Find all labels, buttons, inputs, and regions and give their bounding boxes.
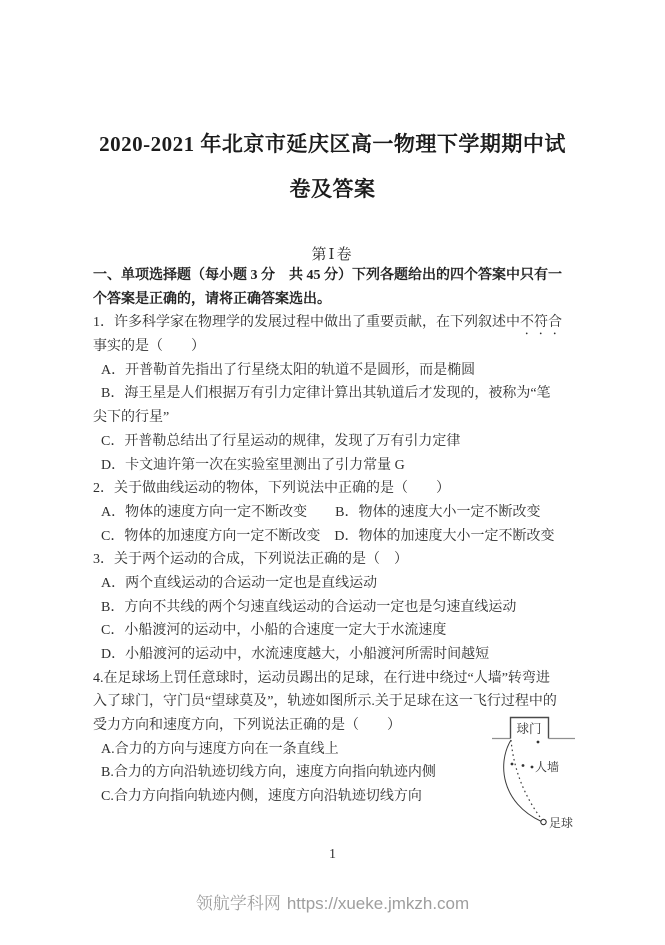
question-1-stem-text: 1．许多科学家在物理学的发展过程中做出了重要贡献，在下列叙述中 — [93, 315, 520, 330]
football-label: 足球 — [549, 815, 573, 830]
question-1-stem-cont: 事实的是（ ） — [93, 335, 598, 359]
page-number: 1 — [0, 845, 665, 865]
wall-dot-3 — [531, 766, 534, 769]
football-icon — [541, 819, 546, 824]
footer-site-name: 领航学科网 — [196, 894, 281, 913]
document-title-line2: 卷及答案 — [0, 167, 665, 212]
exam-page: 2020-2021 年北京市延庆区高一物理下学期期中试 卷及答案 第Ⅰ卷 一、单… — [0, 0, 665, 945]
question-1-option-d: D．卡文迪许第一次在实验室里测出了引力常量 G — [93, 454, 598, 478]
document-title-line1: 2020-2021 年北京市延庆区高一物理下学期期中试 — [0, 122, 665, 167]
question-1-option-a: A．开普勒首先指出了行星绕太阳的轨道不是圆形，而是椭圆 — [93, 359, 598, 383]
question-3-option-c: C．小船渡河的运动中，小船的合速度一定大于水流速度 — [93, 619, 598, 643]
curved-trajectory-path — [504, 740, 542, 822]
wall-label: 人墙 — [535, 759, 559, 774]
soccer-trajectory-diagram: 球门 人墙 足球 — [485, 710, 665, 860]
document-title: 2020-2021 年北京市延庆区高一物理下学期期中试 卷及答案 — [0, 122, 665, 212]
question-3-option-d: D．小船渡河的运动中，水流速度越大，小船渡河所需时间越短 — [93, 643, 598, 667]
goal-point-dot — [537, 741, 540, 744]
question-1-stem: 1．许多科学家在物理学的发展过程中做出了重要贡献，在下列叙述中不符合 — [93, 311, 598, 335]
question-2-options-cd: C．物体的加速度方向一定不断改变 D．物体的加速度大小一定不断改变 — [93, 525, 598, 549]
question-4-trajectory-figure: 球门 人墙 足球 — [485, 710, 665, 860]
footer-watermark: 领航学科网https://xueke.jmkzh.com — [0, 893, 665, 915]
goal-label: 球门 — [516, 721, 541, 736]
question-3-option-b: B．方向不共线的两个匀速直线运动的合运动一定也是匀速直线运动 — [93, 596, 598, 620]
question-2-stem: 2．关于做曲线运动的物体，下列说法中正确的是（ ） — [93, 477, 598, 501]
instruction-line-1: 一、单项选择题（每小题 3 分 共 45 分）下列各题给出的四个答案中只有一 — [93, 264, 598, 288]
wall-dot-2 — [522, 764, 525, 767]
instruction-line-2: 个答案是正确的，请将正确答案选出。 — [93, 288, 598, 312]
question-3-stem: 3．关于两个运动的合成，下列说法正确的是（ ） — [93, 548, 598, 572]
footer-url-link[interactable]: https://xueke.jmkzh.com — [287, 894, 469, 913]
question-3-option-a: A．两个直线运动的合运动一定也是直线运动 — [93, 572, 598, 596]
dotted-trajectory-path — [511, 740, 543, 821]
question-4-stem-line1: 4.在足球场上罚任意球时，运动员踢出的足球，在行进中绕过“人墙”转弯进 — [93, 667, 598, 691]
question-1-emphasized-text: 不符合 — [520, 315, 562, 330]
wall-dot-1 — [511, 763, 514, 766]
question-1-option-b: B．海王星是人们根据万有引力定律计算出其轨道后才发现的，被称为“笔 — [93, 382, 598, 406]
question-2-options-ab: A．物体的速度方向一定不断改变 B．物体的速度大小一定不断改变 — [93, 501, 598, 525]
question-1-option-b-cont: 尖下的行星” — [93, 406, 598, 430]
question-1-option-c: C．开普勒总结出了行星运动的规律，发现了万有引力定律 — [93, 430, 598, 454]
